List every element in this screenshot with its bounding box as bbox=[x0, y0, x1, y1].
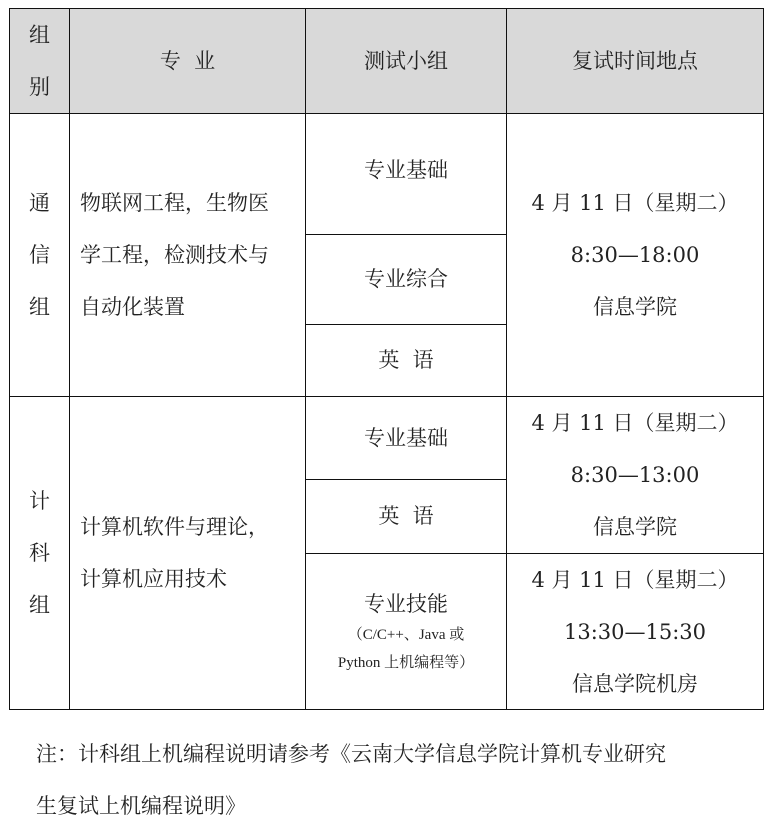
header-group: 组 别 bbox=[9, 8, 70, 114]
major-cs: 计算机软件与理论， 计算机应用技术 bbox=[69, 396, 306, 710]
major-line: 计算机软件与理论， bbox=[80, 501, 269, 553]
header-group-char: 别 bbox=[29, 61, 50, 113]
schedule-comm: 4 月 11 日（星期二） 8:30—18:00 信息学院 bbox=[506, 113, 764, 397]
group-char: 信 bbox=[29, 229, 50, 281]
test-sublabel: （C/C++、Java 或 bbox=[348, 621, 465, 649]
group-name-comm: 通 信 组 bbox=[9, 113, 70, 397]
test-comm-comprehensive: 专业综合 bbox=[305, 234, 507, 325]
test-label: 专业基础 bbox=[364, 428, 448, 449]
major-comm: 物联网工程，生物医 学工程，检测技术与 自动化装置 bbox=[69, 113, 306, 397]
test-comm-basic: 专业基础 bbox=[305, 113, 507, 235]
schedule-place: 信息学院机房 bbox=[572, 658, 698, 710]
test-sublabel: Python 上机编程等） bbox=[338, 649, 474, 677]
header-major-label: 专 业 bbox=[160, 51, 215, 72]
schedule-time: 8:30—18:00 bbox=[571, 229, 700, 281]
footnote-line: 注：计科组上机编程说明请参考《云南大学信息学院计算机专业研究 bbox=[36, 728, 756, 780]
header-time-place: 复试时间地点 bbox=[506, 8, 764, 114]
footnote-line: 生复试上机编程说明》 bbox=[36, 780, 756, 829]
major-line: 计算机应用技术 bbox=[80, 553, 269, 605]
exam-schedule-table: 组 别 专 业 测试小组 复试时间地点 通 信 组 物联网工程，生物医 学工程，… bbox=[9, 8, 764, 710]
schedule-place: 信息学院 bbox=[593, 281, 677, 333]
major-line: 物联网工程，生物医 bbox=[80, 177, 269, 229]
test-cs-basic: 专业基础 bbox=[305, 396, 507, 480]
test-label: 英 语 bbox=[378, 506, 433, 527]
schedule-date: 4 月 11 日（星期二） bbox=[531, 554, 738, 606]
test-cs-skill: 专业技能 （C/C++、Java 或 Python 上机编程等） bbox=[305, 553, 507, 710]
schedule-time: 8:30—13:00 bbox=[571, 449, 700, 501]
schedule-place: 信息学院 bbox=[593, 501, 677, 553]
header-major: 专 业 bbox=[69, 8, 306, 114]
header-test-group-label: 测试小组 bbox=[364, 51, 448, 72]
schedule-date: 4 月 11 日（星期二） bbox=[531, 177, 738, 229]
test-label: 专业技能 bbox=[364, 587, 448, 621]
footnote: 注：计科组上机编程说明请参考《云南大学信息学院计算机专业研究 生复试上机编程说明… bbox=[36, 728, 756, 829]
major-line: 自动化装置 bbox=[80, 281, 269, 333]
header-group-char: 组 bbox=[29, 9, 50, 61]
header-time-place-label: 复试时间地点 bbox=[572, 51, 698, 72]
schedule-time: 13:30—15:30 bbox=[564, 606, 706, 658]
schedule-date: 4 月 11 日（星期二） bbox=[531, 397, 738, 449]
schedule-cs-afternoon: 4 月 11 日（星期二） 13:30—15:30 信息学院机房 bbox=[506, 553, 764, 710]
major-line: 学工程，检测技术与 bbox=[80, 229, 269, 281]
group-char: 计 bbox=[29, 475, 50, 527]
group-char: 科 bbox=[29, 527, 50, 579]
header-test-group: 测试小组 bbox=[305, 8, 507, 114]
test-comm-english: 英 语 bbox=[305, 324, 507, 397]
test-label: 英 语 bbox=[378, 350, 433, 371]
group-char: 通 bbox=[29, 177, 50, 229]
test-cs-english: 英 语 bbox=[305, 479, 507, 554]
test-label: 专业综合 bbox=[364, 269, 448, 290]
group-char: 组 bbox=[29, 579, 50, 631]
group-char: 组 bbox=[29, 281, 50, 333]
test-label: 专业基础 bbox=[364, 160, 448, 181]
schedule-cs-morning: 4 月 11 日（星期二） 8:30—13:00 信息学院 bbox=[506, 396, 764, 554]
group-name-cs: 计 科 组 bbox=[9, 396, 70, 710]
